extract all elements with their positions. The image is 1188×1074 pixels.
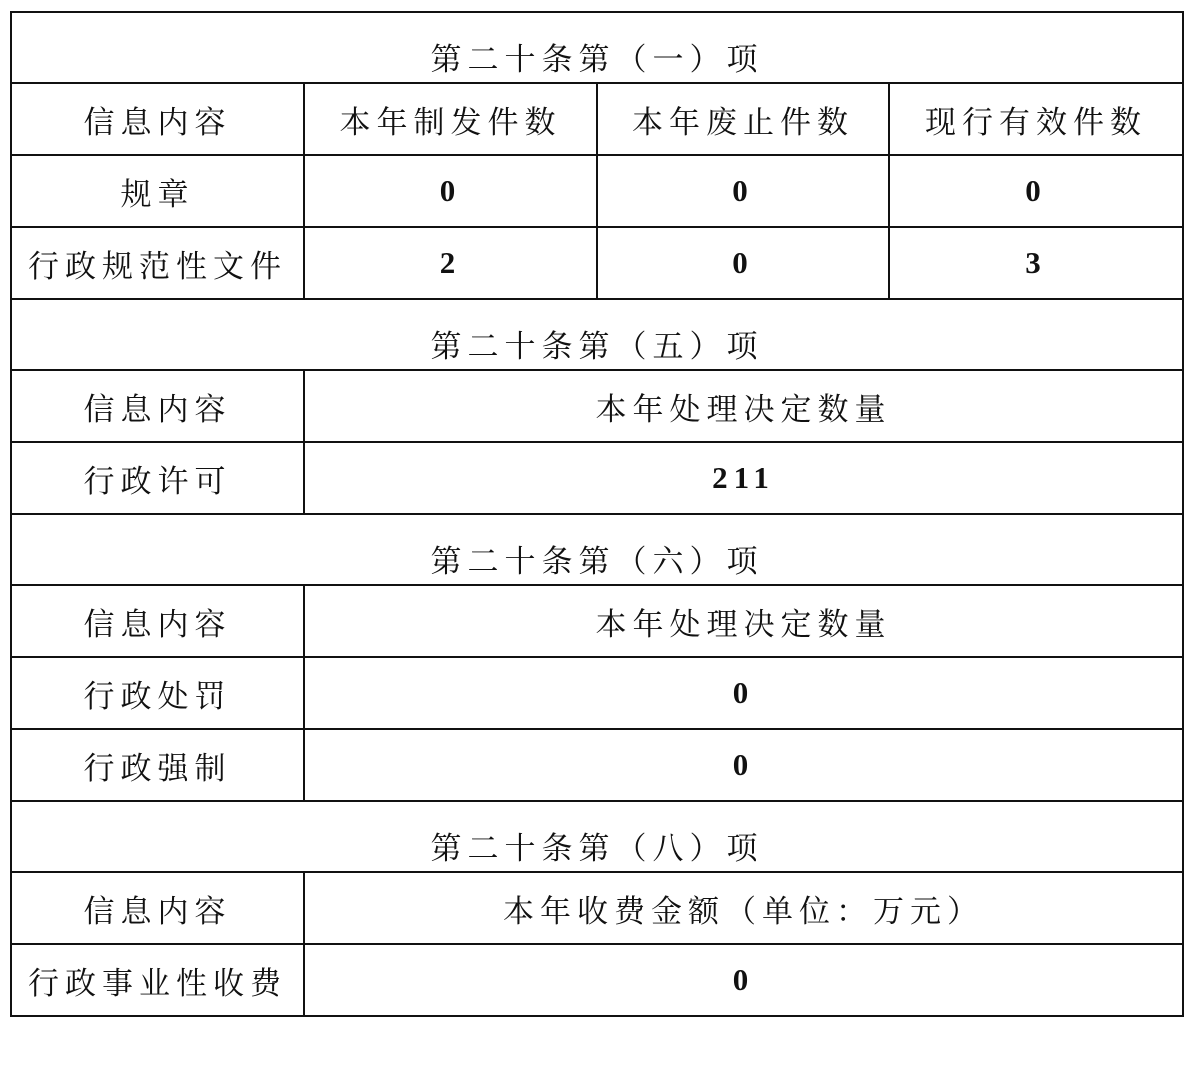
value-cell: 2 bbox=[304, 227, 597, 299]
table-row: 行政规范性文件 2 0 3 bbox=[11, 227, 1183, 299]
value-cell: 0 bbox=[597, 227, 889, 299]
header-cell: 信息内容 bbox=[11, 585, 304, 657]
section-title: 第二十条第（五）项 bbox=[11, 299, 1183, 370]
header-row: 信息内容 本年收费金额（单位：万元） bbox=[11, 872, 1183, 944]
value-cell: 0 bbox=[304, 155, 597, 227]
section-title-row: 第二十条第（八）项 bbox=[11, 801, 1183, 872]
header-cell: 本年废止件数 bbox=[597, 83, 889, 155]
section-title-row: 第二十条第（一）项 bbox=[11, 12, 1183, 83]
row-label: 行政规范性文件 bbox=[11, 227, 304, 299]
value-cell: 211 bbox=[304, 442, 1183, 514]
disclosure-table: 第二十条第（一）项 信息内容 本年制发件数 本年废止件数 现行有效件数 规章 0… bbox=[10, 11, 1184, 1017]
value-cell: 0 bbox=[889, 155, 1183, 227]
header-cell: 现行有效件数 bbox=[889, 83, 1183, 155]
value-cell: 0 bbox=[597, 155, 889, 227]
table-row: 行政强制 0 bbox=[11, 729, 1183, 801]
row-label: 行政事业性收费 bbox=[11, 944, 304, 1016]
header-cell: 本年处理决定数量 bbox=[304, 585, 1183, 657]
section-title: 第二十条第（一）项 bbox=[11, 12, 1183, 83]
header-cell: 信息内容 bbox=[11, 872, 304, 944]
header-cell: 本年收费金额（单位：万元） bbox=[304, 872, 1183, 944]
row-label: 规章 bbox=[11, 155, 304, 227]
value-cell: 3 bbox=[889, 227, 1183, 299]
header-cell: 信息内容 bbox=[11, 83, 304, 155]
header-row: 信息内容 本年处理决定数量 bbox=[11, 370, 1183, 442]
table-row: 规章 0 0 0 bbox=[11, 155, 1183, 227]
table-row: 行政事业性收费 0 bbox=[11, 944, 1183, 1016]
header-cell: 本年制发件数 bbox=[304, 83, 597, 155]
row-label: 行政处罚 bbox=[11, 657, 304, 729]
section-title-row: 第二十条第（六）项 bbox=[11, 514, 1183, 585]
value-cell: 0 bbox=[304, 657, 1183, 729]
row-label: 行政强制 bbox=[11, 729, 304, 801]
section-title: 第二十条第（八）项 bbox=[11, 801, 1183, 872]
row-label: 行政许可 bbox=[11, 442, 304, 514]
table-row: 行政处罚 0 bbox=[11, 657, 1183, 729]
header-row: 信息内容 本年处理决定数量 bbox=[11, 585, 1183, 657]
header-cell: 信息内容 bbox=[11, 370, 304, 442]
section-title-row: 第二十条第（五）项 bbox=[11, 299, 1183, 370]
header-cell: 本年处理决定数量 bbox=[304, 370, 1183, 442]
section-title: 第二十条第（六）项 bbox=[11, 514, 1183, 585]
table-row: 行政许可 211 bbox=[11, 442, 1183, 514]
value-cell: 0 bbox=[304, 729, 1183, 801]
value-cell: 0 bbox=[304, 944, 1183, 1016]
header-row: 信息内容 本年制发件数 本年废止件数 现行有效件数 bbox=[11, 83, 1183, 155]
